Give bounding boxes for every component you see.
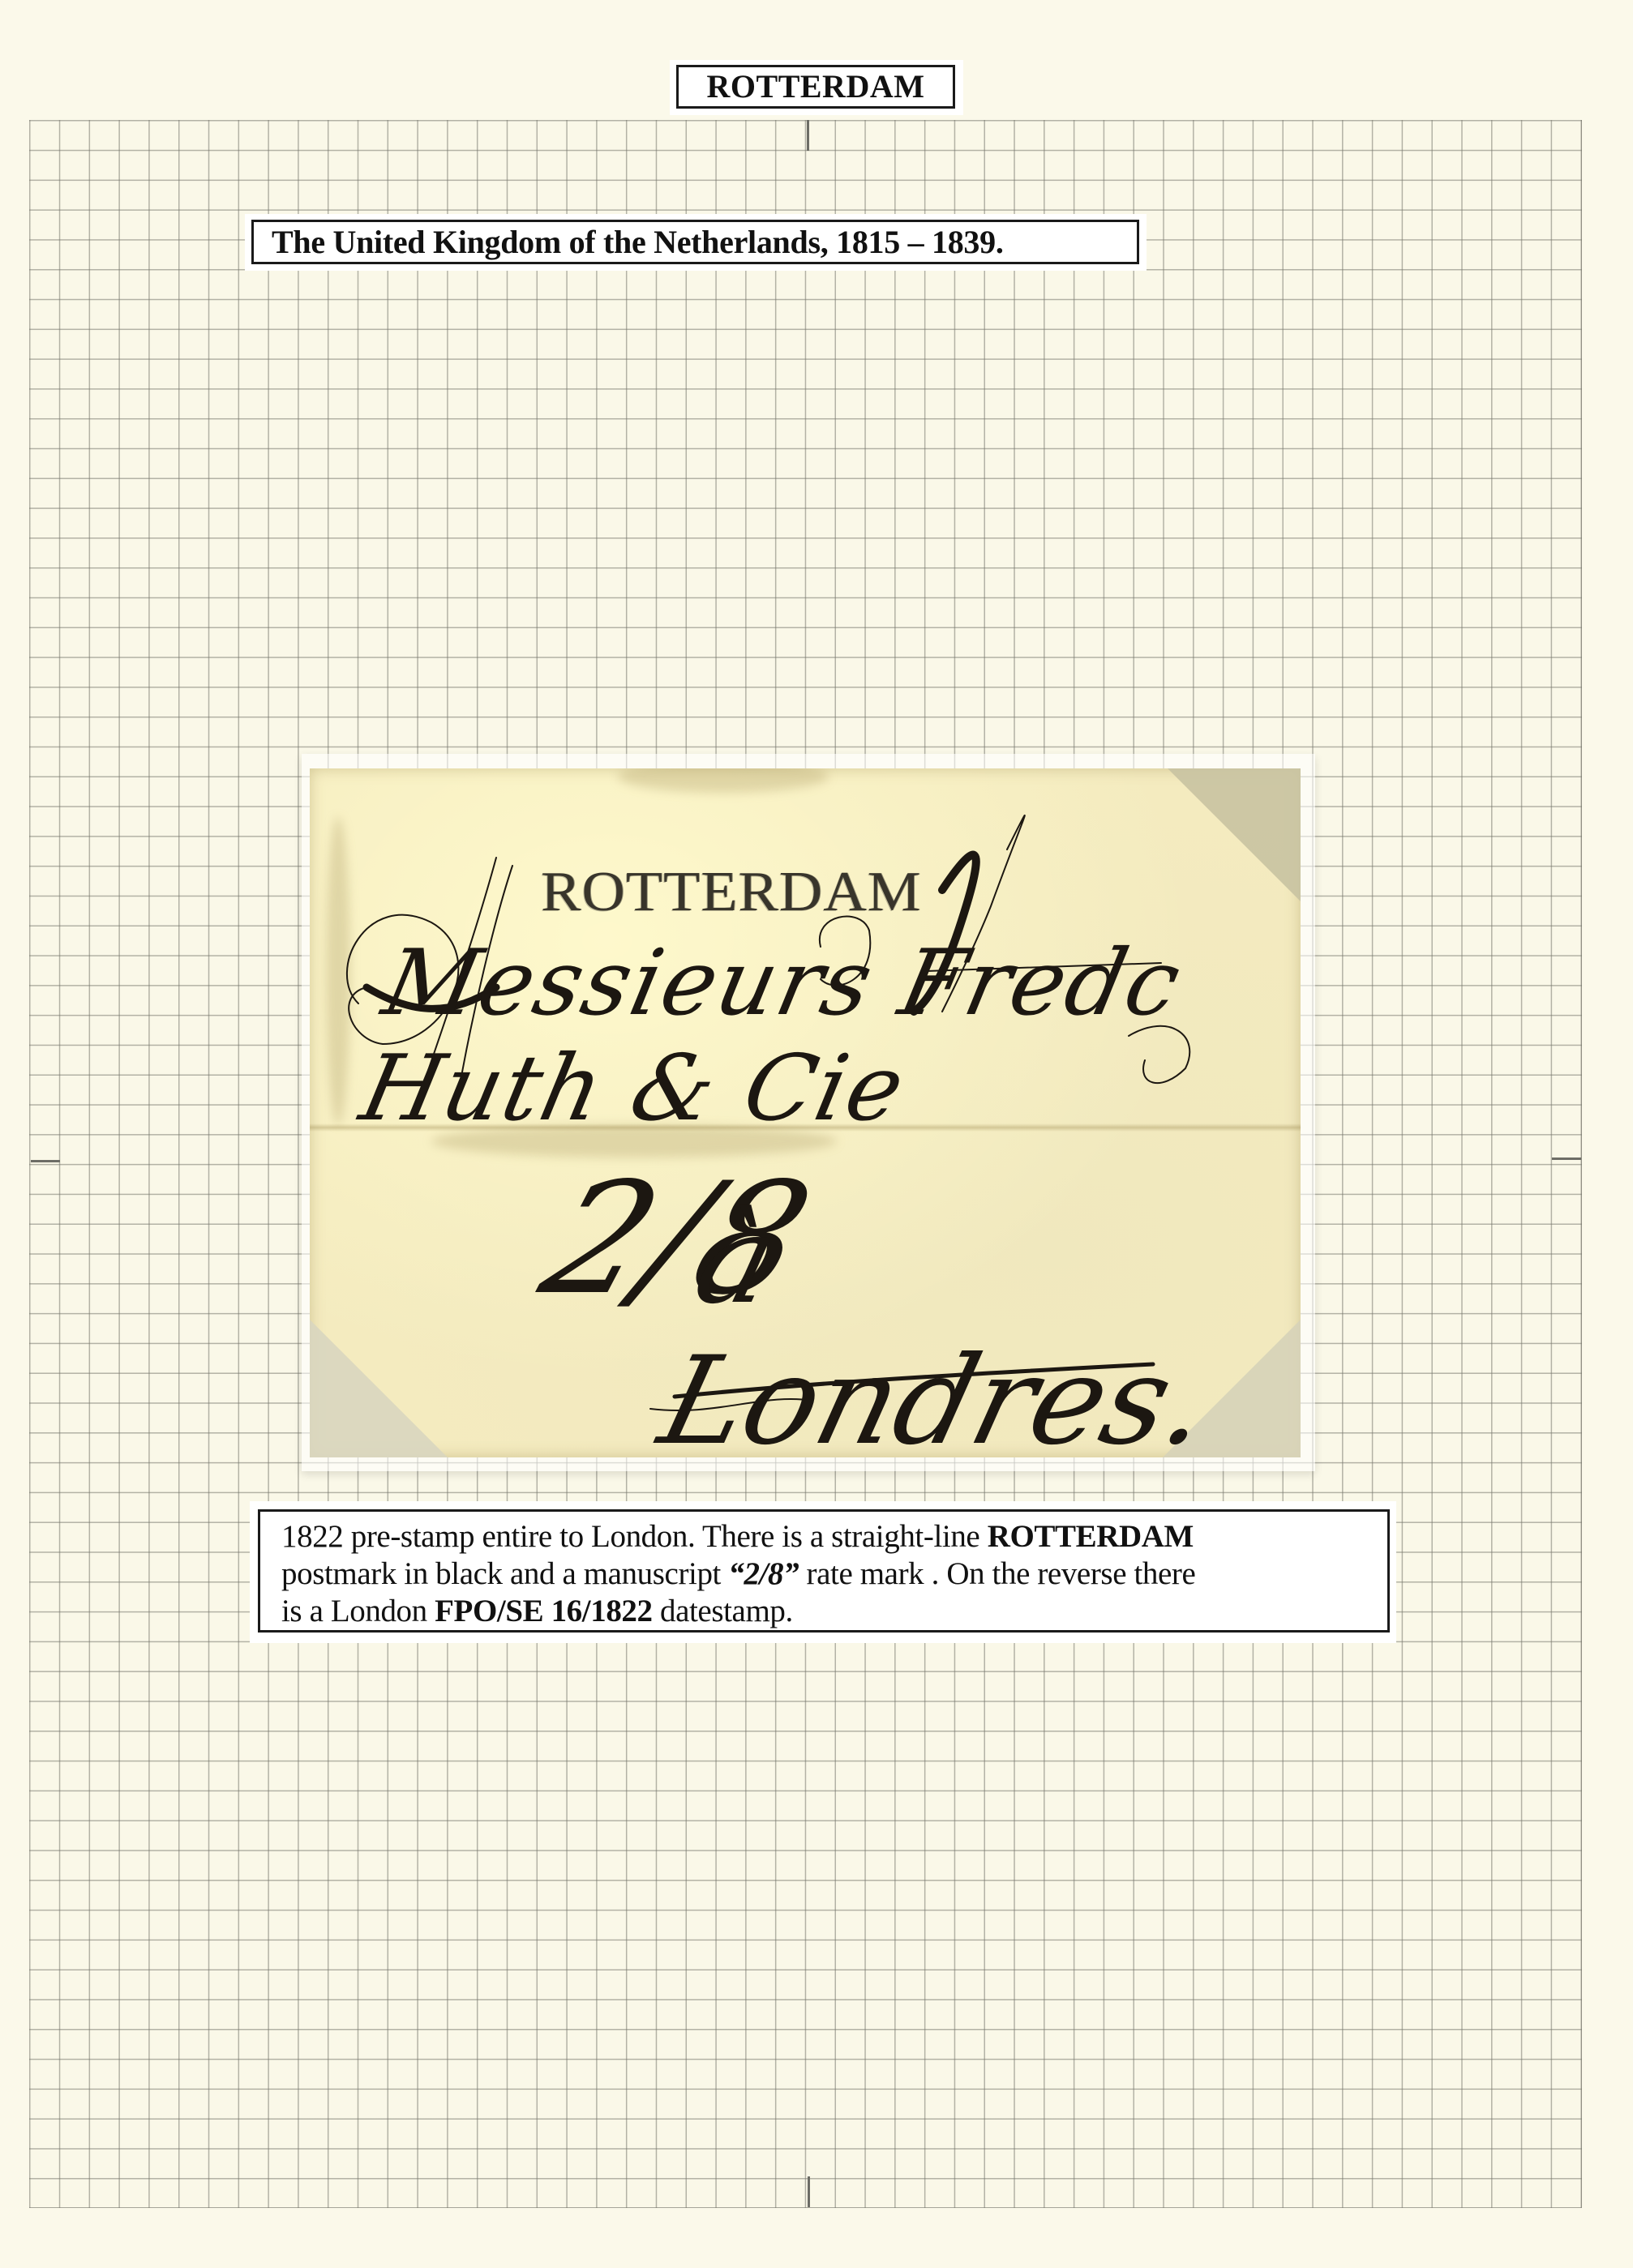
- caption-box: 1822 pre-stamp entire to London. There i…: [258, 1509, 1390, 1633]
- page-title: ROTTERDAM: [676, 65, 955, 109]
- caption-bold-postmark: ROTTERDAM: [988, 1519, 1194, 1554]
- caption-line-1: 1822 pre-stamp entire to London. There i…: [281, 1518, 1366, 1556]
- center-mark-right: [1552, 1158, 1581, 1160]
- caption-bold-datestamp: FPO/SE 16/1822: [435, 1594, 653, 1628]
- caption-line-2: postmark in black and a manuscript “2/8”…: [281, 1556, 1366, 1593]
- manuscript-addressee: Messieurs Fredc Huth & Cie: [352, 931, 1301, 1141]
- postal-cover: ROTTERDAM Messieurs Fredc Huth & Cie 2/8…: [310, 768, 1301, 1457]
- caption-text: datestamp.: [653, 1594, 793, 1628]
- caption-line-3: is a London FPO/SE 16/1822 datestamp.: [281, 1593, 1366, 1630]
- caption-text: 1822 pre-stamp entire to London. There i…: [281, 1519, 988, 1554]
- center-mark-left: [31, 1160, 60, 1162]
- center-mark-top: [807, 120, 809, 151]
- manuscript-destination: à Londres.: [648, 1190, 1301, 1457]
- page-subtitle: The United Kingdom of the Netherlands, 1…: [251, 220, 1139, 264]
- caption-rate-mark: “2/8”: [728, 1556, 799, 1591]
- center-mark-bottom: [808, 2176, 810, 2207]
- caption-text: rate mark . On the reverse there: [799, 1556, 1195, 1591]
- caption-text: postmark in black and a manuscript: [281, 1556, 728, 1591]
- caption-text: is a London: [281, 1594, 435, 1628]
